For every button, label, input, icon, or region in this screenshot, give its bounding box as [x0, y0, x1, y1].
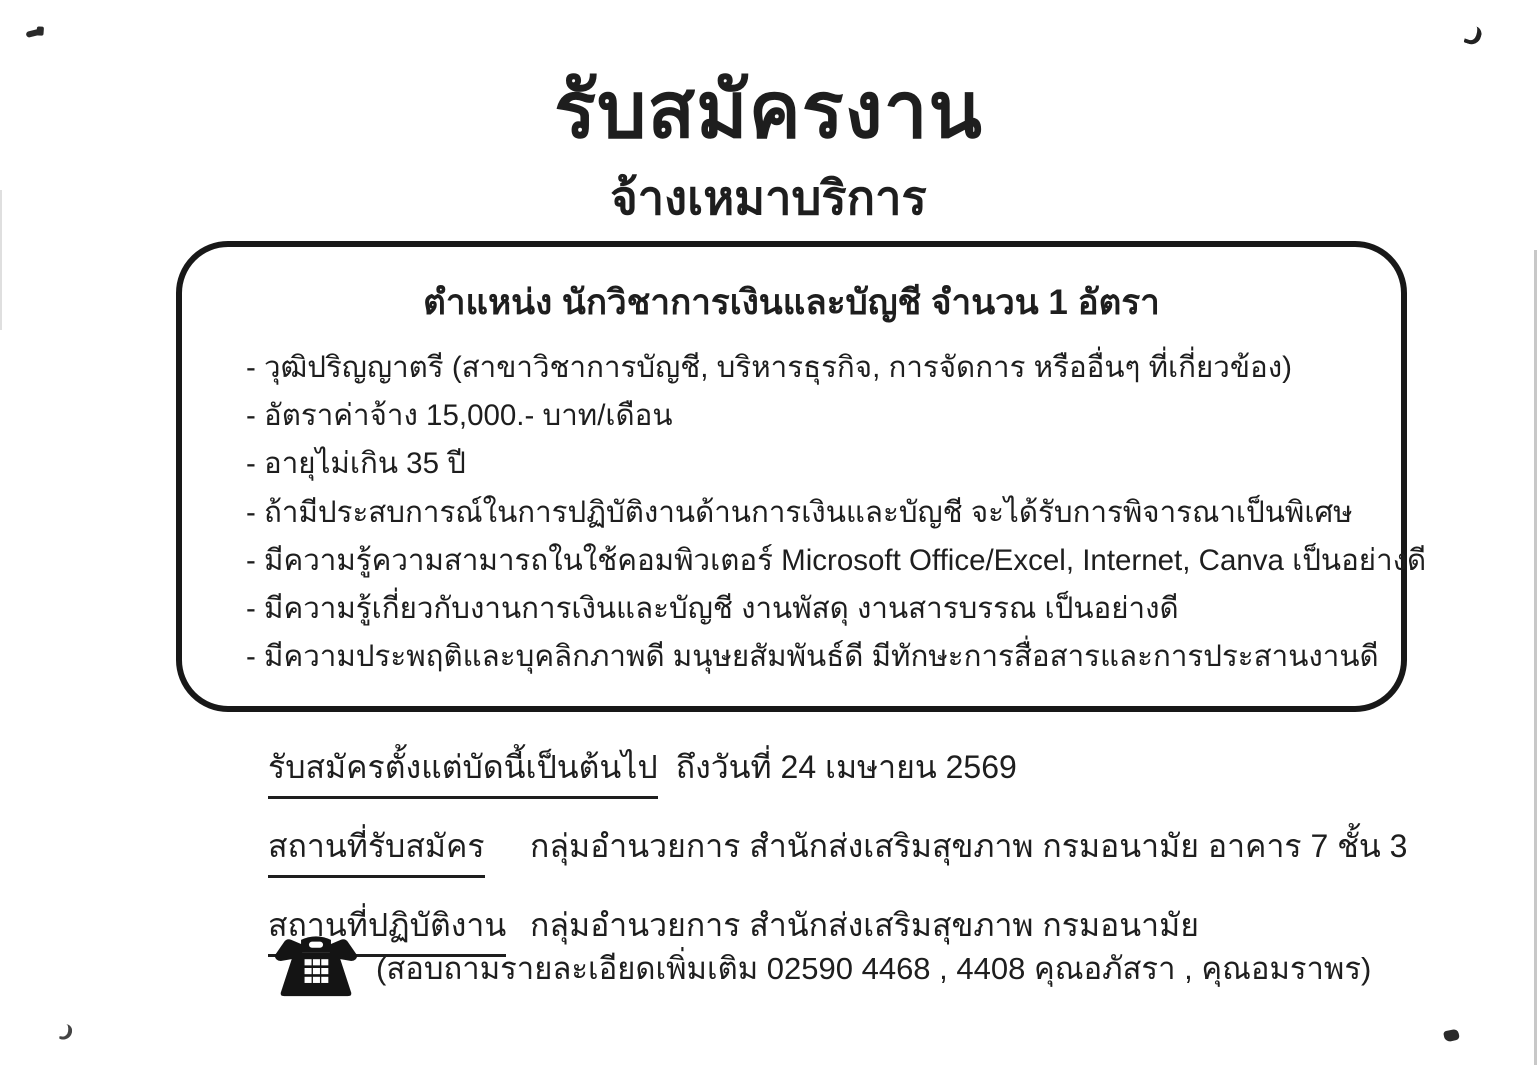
- scan-artifact-top-left: [26, 28, 44, 38]
- page-subtitle: จ้างเหมาบริการ: [0, 160, 1537, 235]
- contact-line: (สอบถามรายละเอียดเพิ่มเติม 02590 4468 , …: [272, 936, 1371, 1000]
- qualification-item: - ถ้ามีประสบการณ์ในการปฏิบัติงานด้านการเ…: [246, 489, 1367, 537]
- application-deadline: ถึงวันที่ 24 เมษายน 2569: [676, 742, 1017, 793]
- apply-place-row: สถานที่รับสมัคร กลุ่มอำนวยการ สำนักส่งเส…: [268, 821, 1407, 878]
- scan-artifact-bottom-right: [1443, 1029, 1460, 1043]
- application-period-label: รับสมัครตั้งแต่บัดนี้เป็นต้นไป: [268, 742, 658, 799]
- telephone-icon: [272, 936, 360, 1000]
- scan-artifact-bottom-left: [59, 1023, 73, 1041]
- qualification-item: - มีความรู้ความสามารถในใช้คอมพิวเตอร์ Mi…: [246, 537, 1367, 585]
- qualification-item: - มีความประพฤติและบุคลิกภาพดี มนุษยสัมพั…: [246, 633, 1367, 681]
- contact-text: (สอบถามรายละเอียดเพิ่มเติม 02590 4468 , …: [376, 943, 1371, 993]
- apply-place-label: สถานที่รับสมัคร: [268, 821, 485, 878]
- apply-place-value: กลุ่มอำนวยการ สำนักส่งเสริมสุขภาพ กรมอนา…: [530, 821, 1407, 872]
- application-period-row: รับสมัครตั้งแต่บัดนี้เป็นต้นไป ถึงวันที่…: [268, 742, 1407, 799]
- qualification-item: - อายุไม่เกิน 35 ปี: [246, 440, 1367, 488]
- job-announcement-page: รับสมัครงาน จ้างเหมาบริการ ตำแหน่ง นักวิ…: [0, 0, 1537, 1065]
- qualification-list: - วุฒิปริญญาตรี (สาขาวิชาการบัญชี, บริหา…: [246, 344, 1367, 681]
- page-title: รับสมัครงาน: [0, 48, 1537, 172]
- qualification-item: - อัตราค่าจ้าง 15,000.- บาท/เดือน: [246, 392, 1367, 440]
- position-heading: ตำแหน่ง นักวิชาการเงินและบัญชี จำนวน 1 อ…: [182, 275, 1401, 330]
- scan-edge-line-left: [0, 190, 2, 330]
- position-details-box: ตำแหน่ง นักวิชาการเงินและบัญชี จำนวน 1 อ…: [176, 241, 1407, 712]
- qualification-item: - วุฒิปริญญาตรี (สาขาวิชาการบัญชี, บริหา…: [246, 344, 1367, 392]
- scan-artifact-top-right: [1463, 24, 1483, 47]
- qualification-item: - มีความรู้เกี่ยวกับงานการเงินและบัญชี ง…: [246, 585, 1367, 633]
